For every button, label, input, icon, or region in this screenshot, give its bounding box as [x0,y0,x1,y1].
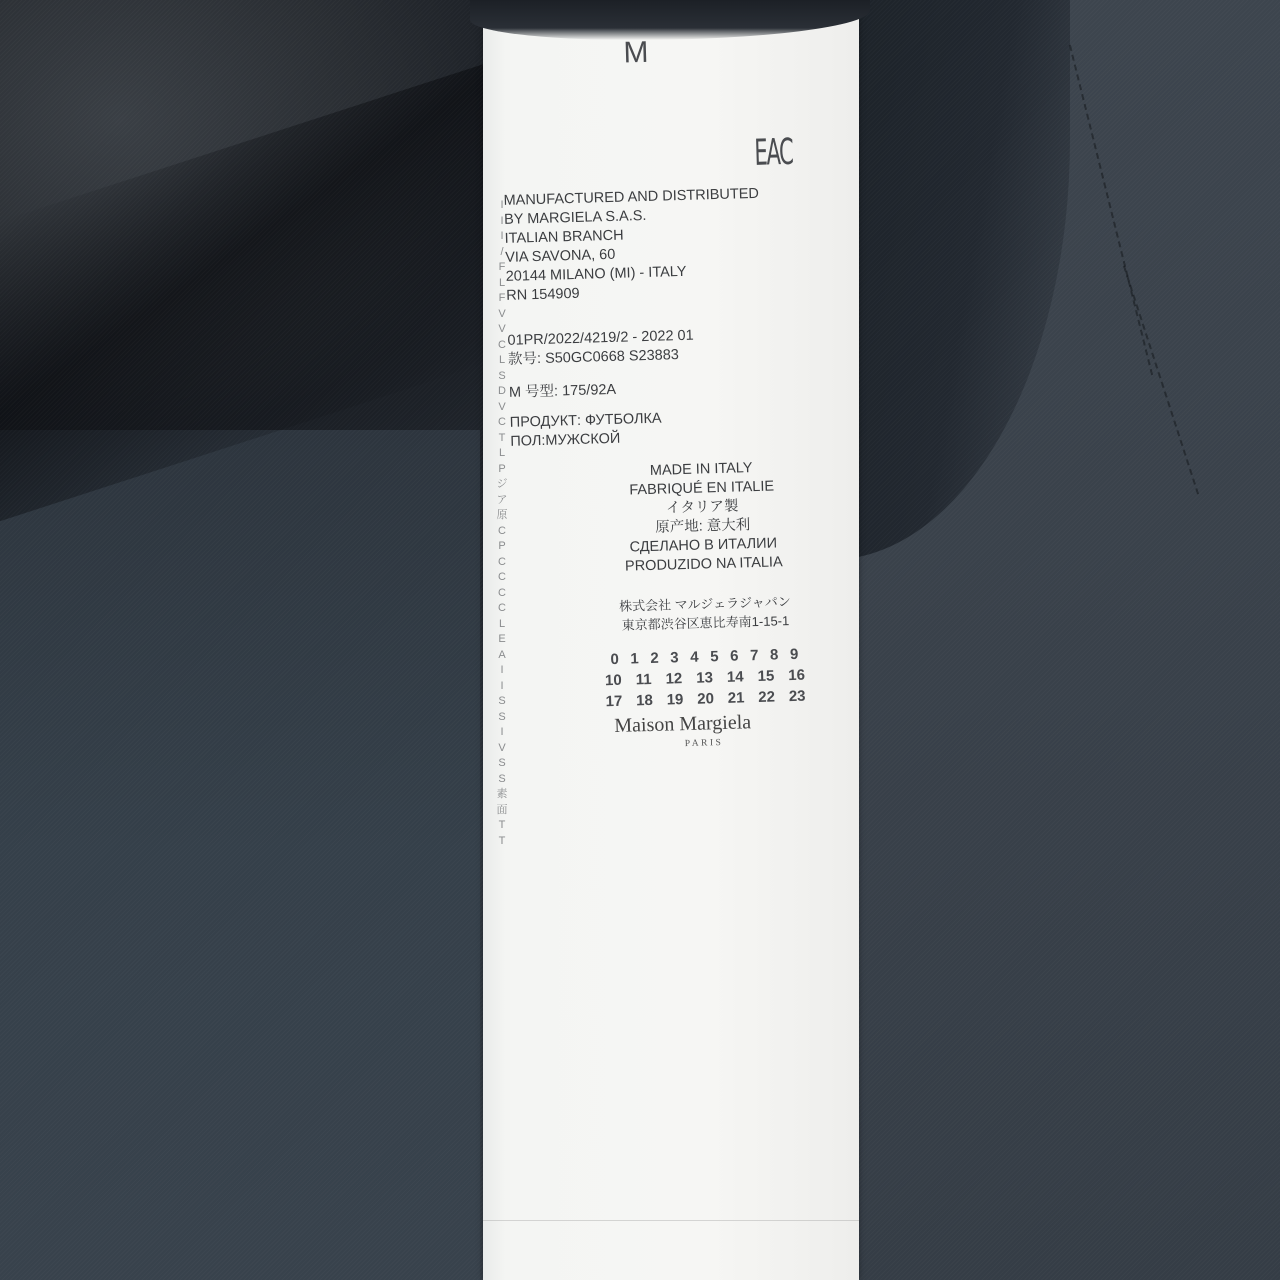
grid-number: 5 [710,646,719,667]
backprint-glyph: 原 [494,508,510,524]
backprint-glyph: S [494,694,510,710]
grid-number: 12 [665,668,682,689]
backprint-glyph: T [494,818,510,834]
origin-block: MADE IN ITALY FABRIQUÉ EN ITALIE イタリア製 原… [571,457,834,578]
grid-number: 2 [650,648,659,669]
size-marker: M [623,36,649,71]
backprint-glyph: P [494,462,510,478]
backprint-glyph: S [494,710,510,726]
grid-number: 6 [730,646,739,667]
grid-number: 17 [605,691,622,712]
margiela-number-grid: 0 1 2 3 4 5 6 7 8 9 10 11 12 13 14 15 16… [604,644,806,713]
product-code-block: 01PR/2022/4219/2 - 2022 01 款号: S50GC0668… [507,327,694,370]
grid-number: 23 [789,686,806,707]
japan-importer-block: 株式会社 マルジェラジャパン 東京都渋谷区恵比寿南1-15-1 [575,591,836,636]
backprint-glyph: L [494,617,510,633]
grid-number: 13 [696,667,713,688]
backprint-glyph: I [494,725,510,741]
backprint-glyph: S [494,756,510,772]
grid-number: 0 [610,649,619,670]
backprint-glyph: T [494,834,510,850]
brand-city: PARIS [685,738,724,749]
backprint-glyph: I [494,663,510,679]
backprint-glyph: ジ [494,477,510,493]
grid-number: 14 [727,666,744,687]
style-number: 款号: S50GC0668 S23883 [508,346,695,370]
grid-number: 7 [750,645,759,666]
russian-product-block: ПРОДУКТ: ФУТБОЛКА ПОЛ:МУЖСКОЙ [510,410,663,452]
grid-number: 11 [635,669,651,690]
grid-number: 19 [666,689,683,710]
grid-number: 1 [630,648,639,669]
grid-number: 15 [757,666,774,687]
backprint-glyph: L [494,446,510,462]
grid-number: 8 [770,644,779,665]
backprint-glyph: T [494,431,510,447]
grid-number: 20 [697,688,714,709]
grid-number: 22 [758,687,775,708]
backprint-glyph: C [494,586,510,602]
backprint-glyph: С [494,524,510,540]
manufacturer-block: MANUFACTURED AND DISTRIBUTED BY MARGIELA… [503,185,761,306]
grid-number: 4 [690,647,699,668]
backprint-glyph: A [494,648,510,664]
backprint-glyph: V [494,400,510,416]
brand-logo: Maison Margiela [614,711,751,738]
grid-number: 21 [727,687,744,708]
gender: ПОЛ:МУЖСКОЙ [510,429,662,452]
backprint-glyph: 素 [494,787,510,803]
backprint-glyph: 面 [494,803,510,819]
backprint-glyph: C [494,570,510,586]
backprint-glyph: ア [494,493,510,509]
label-print-area: M EAC MANUFACTURED AND DISTRIBUTED BY MA… [498,0,894,1280]
grid-number: 18 [636,690,653,711]
size-spec-text: M 号型: 175/92A [509,381,617,403]
fabric-lower-left-region [0,430,480,1280]
backprint-glyph: C [494,415,510,431]
backprint-glyph: C [494,601,510,617]
backprint-glyph: C [494,555,510,571]
grid-number: 3 [670,647,679,668]
backprint-glyph: E [494,632,510,648]
size-spec: M 号型: 175/92A [509,381,617,403]
grid-number: 16 [788,665,805,686]
grid-number: 9 [790,644,799,665]
backprint-glyph: Р [494,539,510,555]
backprint-glyph: S [494,772,510,788]
grid-number: 10 [605,670,622,691]
backprint-glyph: V [494,741,510,757]
number-row: 17 18 19 20 21 22 23 [605,686,806,713]
eac-certification-mark: EAC [754,132,793,174]
backprint-glyph: I [494,679,510,695]
backprint-glyph: D [494,384,510,400]
